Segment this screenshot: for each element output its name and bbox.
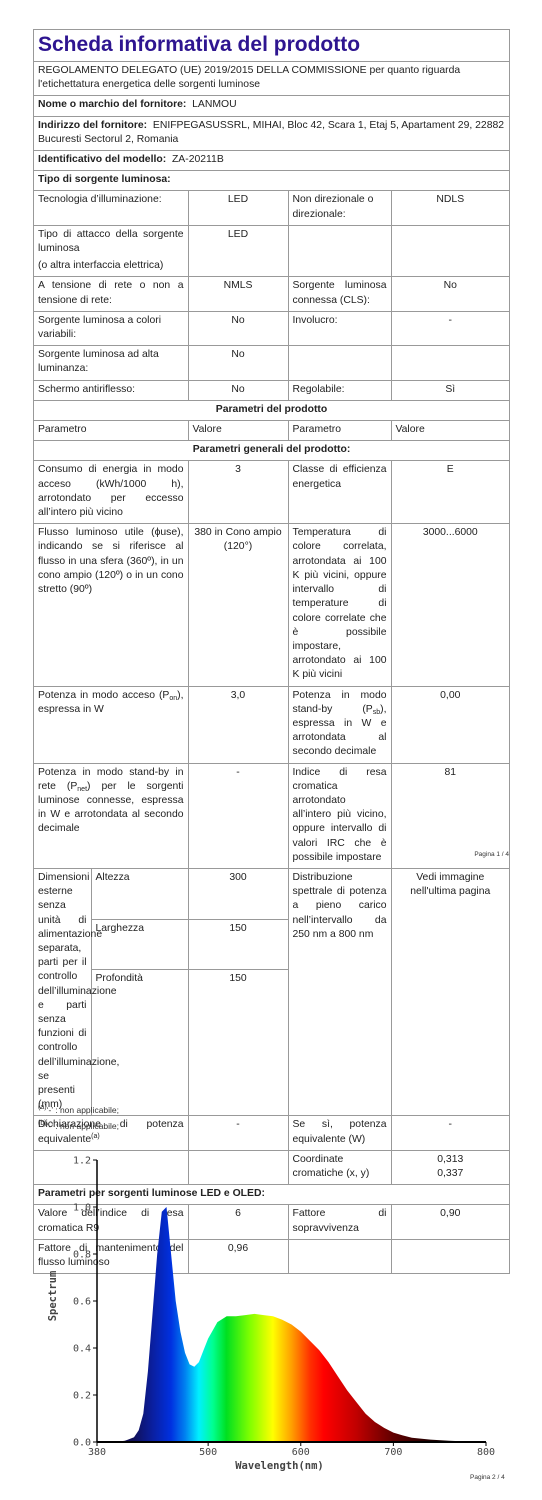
luminous-flux-label: Flusso luminoso utile (ϕuse), indicando …	[34, 524, 188, 686]
cri-label: Indice di resa cromatica arrotondato all…	[288, 763, 391, 868]
width-value: 150	[188, 919, 288, 970]
supplier-name-label: Nome o marchio del fornitore:	[38, 99, 186, 110]
dimmable-value: Sì	[391, 380, 509, 400]
y-tick-label: 1.2	[73, 1156, 91, 1167]
y-tick-label: 0.6	[73, 1297, 91, 1308]
supplier-name-row: Nome o marchio del fornitore: LANMOU	[34, 96, 509, 116]
x-tick-label: 600	[292, 1447, 310, 1458]
equivalent-watts-label: Se sì, potenza equivalente (W)	[288, 1116, 391, 1150]
spectral-distribution-label: Distribuzione spettrale di potenza a pie…	[288, 868, 391, 1115]
regulation-text: REGOLAMENTO DELEGATO (UE) 2019/2015 DELL…	[34, 62, 509, 96]
x-axis-label: Wavelength(nm)	[235, 1460, 324, 1472]
standby-power-value: 0,00	[391, 686, 509, 763]
y-axis-label: Spectrum	[47, 1271, 59, 1322]
cls-label: Sorgente luminosa connessa (CLS):	[288, 277, 391, 311]
networked-standby-label: Potenza in modo stand-by in rete (Pnet) …	[34, 763, 188, 868]
glare-shield-value: No	[188, 380, 288, 400]
column-header-value: Valore	[188, 421, 288, 441]
product-parameters-heading: Parametri del prodotto	[34, 400, 509, 420]
equivalent-watts-value: -	[391, 1116, 509, 1150]
x-tick-label: 500	[199, 1447, 217, 1458]
dimmable-label: Regolabile:	[288, 380, 391, 400]
tech-label: Tecnologia d’illuminazione:	[34, 191, 188, 225]
page-title: Scheda informativa del prodotto	[34, 30, 509, 62]
energy-consumption-value: 3	[188, 461, 288, 524]
x-tick-label: 800	[477, 1447, 495, 1458]
empty-cell	[288, 346, 391, 380]
spectrum-plot: 0.00.20.40.60.81.01.2380500600700800Wave…	[40, 1150, 510, 1490]
supplier-address-row: Indirizzo del fornitore: ENIFPEGASUSSRL,…	[34, 116, 509, 150]
y-tick-label: 0.8	[73, 1250, 91, 1261]
footnote-a: (a)‘-’ : non applicabile;	[38, 1102, 119, 1118]
on-mode-power-label: Potenza in modo acceso (Pon), espressa i…	[34, 686, 188, 763]
product-information-sheet: Scheda informativa del prodotto REGOLAME…	[33, 29, 510, 1274]
colour-label: Sorgente luminosa a colori variabili:	[34, 311, 188, 345]
y-tick-label: 0.2	[73, 1391, 91, 1402]
envelope-value: -	[391, 311, 509, 345]
empty-cell	[288, 225, 391, 277]
mains-value: NMLS	[188, 277, 288, 311]
page-number-1: Pagina 1 / 4	[474, 848, 509, 862]
networked-standby-value: -	[188, 763, 288, 868]
empty-cell	[391, 346, 509, 380]
width-label: Larghezza	[91, 919, 188, 970]
high-luminance-value: No	[188, 346, 288, 380]
column-header-value: Valore	[391, 421, 509, 441]
colour-temperature-value: 3000...6000	[391, 524, 509, 686]
page-number-2: Pagina 2 / 4	[470, 1474, 505, 1481]
equivalent-power-value: -	[188, 1116, 288, 1150]
energy-class-value: E	[391, 461, 509, 524]
cls-value: No	[391, 277, 509, 311]
high-luminance-label: Sorgente luminosa ad alta luminanza:	[34, 346, 188, 380]
directional-value: NDLS	[391, 191, 509, 225]
glare-shield-label: Schermo antiriflesso:	[34, 380, 188, 400]
column-header-parameter: Parametro	[34, 421, 188, 441]
cap-label-line1: Tipo di attacco della sorgente luminosa	[38, 228, 184, 256]
mains-label: A tensione di rete o non a tensione di r…	[34, 277, 188, 311]
model-row: Identificativo del modello: ZA-20211B	[34, 151, 509, 171]
colour-value: No	[188, 311, 288, 345]
cri-value: 81Pagina 1 / 4	[391, 763, 509, 868]
luminous-flux-value: 380 in Cono ampio (120°)	[188, 524, 288, 686]
y-tick-label: 1.0	[73, 1203, 91, 1214]
empty-cell	[391, 225, 509, 277]
general-parameters-heading: Parametri generali del prodotto:	[34, 441, 509, 461]
dimensions-label: Dimensioni esterne senza unità di alimen…	[34, 868, 91, 1115]
colour-temperature-label: Temperatura di colore correlata, arroton…	[288, 524, 391, 686]
x-tick-label: 700	[384, 1447, 402, 1458]
directional-label: Non direzionale o direzionale:	[288, 191, 391, 225]
column-header-parameter: Parametro	[288, 421, 391, 441]
spectrum-area	[97, 1207, 486, 1442]
cap-label-line2: (o altra interfaccia elettrica)	[38, 259, 184, 273]
cap-value: LED	[188, 225, 288, 277]
y-tick-label: 0.4	[73, 1344, 91, 1355]
height-label: Altezza	[91, 868, 188, 919]
spectral-distribution-value: Vedi immagine nell'ultima pagina	[391, 868, 509, 1115]
standby-power-label: Potenza in modo stand-by (Psb), espressa…	[288, 686, 391, 763]
energy-consumption-label: Consumo di energia in modo acceso (kWh/1…	[34, 461, 188, 524]
cap-label: Tipo di attacco della sorgente luminosa(…	[34, 225, 188, 277]
model-label: Identificativo del modello:	[38, 154, 166, 165]
height-value: 300	[188, 868, 288, 919]
on-mode-power-value: 3,0	[188, 686, 288, 763]
footnotes: (a)‘-’ : non applicabile; (b)‘-’ : non a…	[38, 1102, 119, 1134]
spectral-power-distribution-chart: 0.00.20.40.60.81.01.2380500600700800Wave…	[40, 1150, 510, 1490]
supplier-name: LANMOU	[192, 99, 236, 110]
footnote-b: (b)‘-’ : non applicabile;	[38, 1118, 119, 1134]
depth-value: 150	[188, 970, 288, 1116]
source-type-heading: Tipo di sorgente luminosa:	[34, 171, 509, 191]
model-id: ZA-20211B	[172, 154, 224, 165]
x-tick-label: 380	[88, 1447, 106, 1458]
envelope-label: Involucro:	[288, 311, 391, 345]
tech-value: LED	[188, 191, 288, 225]
supplier-address-label: Indirizzo del fornitore:	[38, 120, 147, 131]
energy-class-label: Classe di efficienza energetica	[288, 461, 391, 524]
